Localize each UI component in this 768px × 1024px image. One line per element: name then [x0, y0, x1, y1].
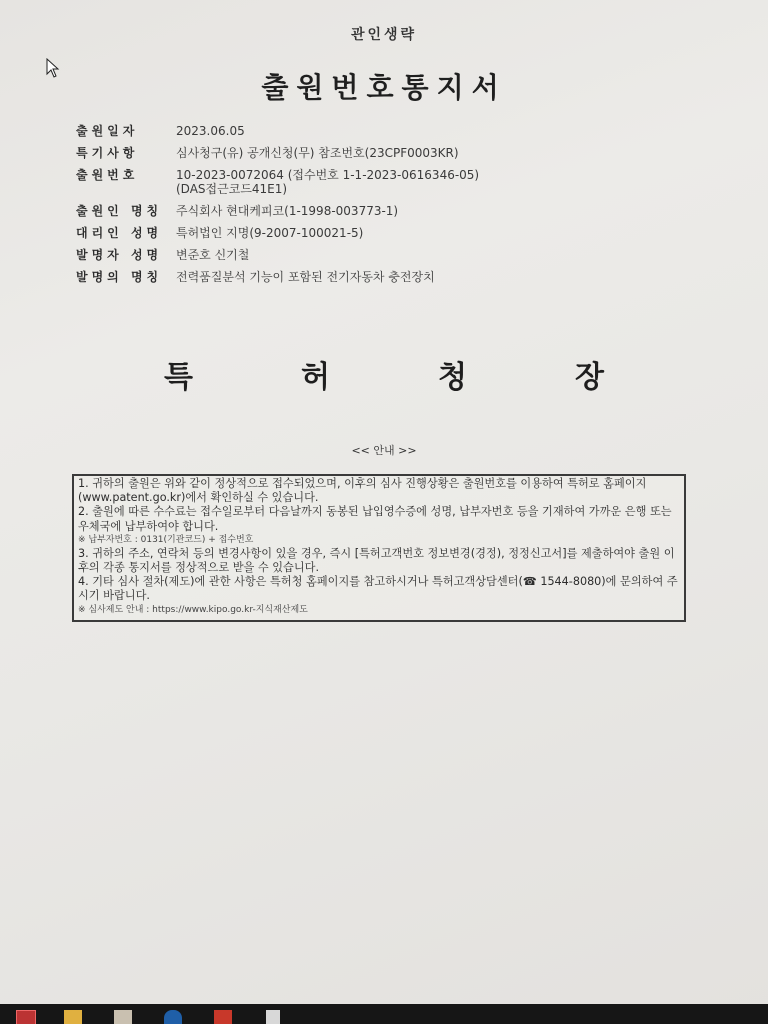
- issuer-name: 특 허 청 장: [0, 352, 768, 396]
- app-icon[interactable]: [16, 1010, 36, 1024]
- field-row: 발명의 명칭전력품질분석 기능이 포함된 전기자동차 충전장치: [76, 270, 576, 284]
- application-fields: 출원일자2023.06.05 특기사항심사청구(유) 공개신청(무) 참조번호(…: [76, 124, 576, 292]
- field-value: 변준호 신기철: [176, 248, 576, 262]
- guide-title: << 안내 >>: [0, 442, 768, 458]
- browser-icon[interactable]: [164, 1010, 182, 1024]
- field-row: 출원인 명칭주식회사 현대케피코(1-1998-003773-1): [76, 204, 576, 218]
- document-page: 관인생략 출원번호통지서 출원일자2023.06.05 특기사항심사청구(유) …: [0, 0, 768, 1000]
- field-label: 발명자 성명: [76, 248, 176, 262]
- folder-icon[interactable]: [64, 1010, 82, 1024]
- issuer-char: 장: [575, 352, 604, 396]
- issuer-char: 청: [438, 352, 467, 396]
- field-label: 대리인 성명: [76, 226, 176, 240]
- field-label: 출원일자: [76, 124, 176, 138]
- document-title: 출원번호통지서: [0, 66, 768, 106]
- notice-box: 1. 귀하의 출원은 위와 같이 정상적으로 접수되었으며, 이후의 심사 진행…: [72, 474, 686, 622]
- field-value: 10-2023-0072064 (접수번호 1-1-2023-0616346-0…: [176, 168, 486, 196]
- field-label: 발명의 명칭: [76, 270, 176, 284]
- field-row: 출원번호10-2023-0072064 (접수번호 1-1-2023-06163…: [76, 168, 576, 196]
- field-row: 특기사항심사청구(유) 공개신청(무) 참조번호(23CPF0003KR): [76, 146, 576, 160]
- field-label: 특기사항: [76, 146, 176, 160]
- notice-item: 3. 귀하의 주소, 연락처 등의 변경사항이 있을 경우, 즉시 [특허고객번…: [78, 547, 680, 575]
- notice-note: ※ 납부자번호 : 0131(기관코드) + 접수번호: [78, 534, 680, 547]
- field-label: 출원번호: [76, 168, 176, 196]
- issuer-char: 허: [301, 352, 330, 396]
- notice-item: 4. 기타 심사 절차(제도)에 관한 사항은 특허청 홈페이지를 참고하시거나…: [78, 575, 680, 603]
- file-icon[interactable]: [266, 1010, 280, 1024]
- seal-text: 관인생략: [0, 24, 768, 44]
- field-value: 특허법인 지명(9-2007-100021-5): [176, 226, 576, 240]
- notice-item: 1. 귀하의 출원은 위와 같이 정상적으로 접수되었으며, 이후의 심사 진행…: [78, 477, 680, 505]
- field-value: 주식회사 현대케피코(1-1998-003773-1): [176, 204, 576, 218]
- taskbar: [0, 1004, 768, 1024]
- field-label: 출원인 명칭: [76, 204, 176, 218]
- field-row: 대리인 성명특허법인 지명(9-2007-100021-5): [76, 226, 576, 240]
- field-value: 전력품질분석 기능이 포함된 전기자동차 충전장치: [176, 270, 576, 284]
- notice-note: ※ 심사제도 안내 : https://www.kipo.go.kr-지식재산제…: [78, 604, 680, 617]
- field-row: 출원일자2023.06.05: [76, 124, 576, 138]
- paint-icon[interactable]: [114, 1010, 132, 1024]
- field-value: 심사청구(유) 공개신청(무) 참조번호(23CPF0003KR): [176, 146, 576, 160]
- office-icon[interactable]: [214, 1010, 232, 1024]
- notice-item: 2. 출원에 따른 수수료는 접수일로부터 다음날까지 동봉된 납입영수증에 성…: [78, 505, 680, 533]
- issuer-char: 특: [164, 352, 193, 396]
- field-value: 2023.06.05: [176, 124, 576, 138]
- field-row: 발명자 성명변준호 신기철: [76, 248, 576, 262]
